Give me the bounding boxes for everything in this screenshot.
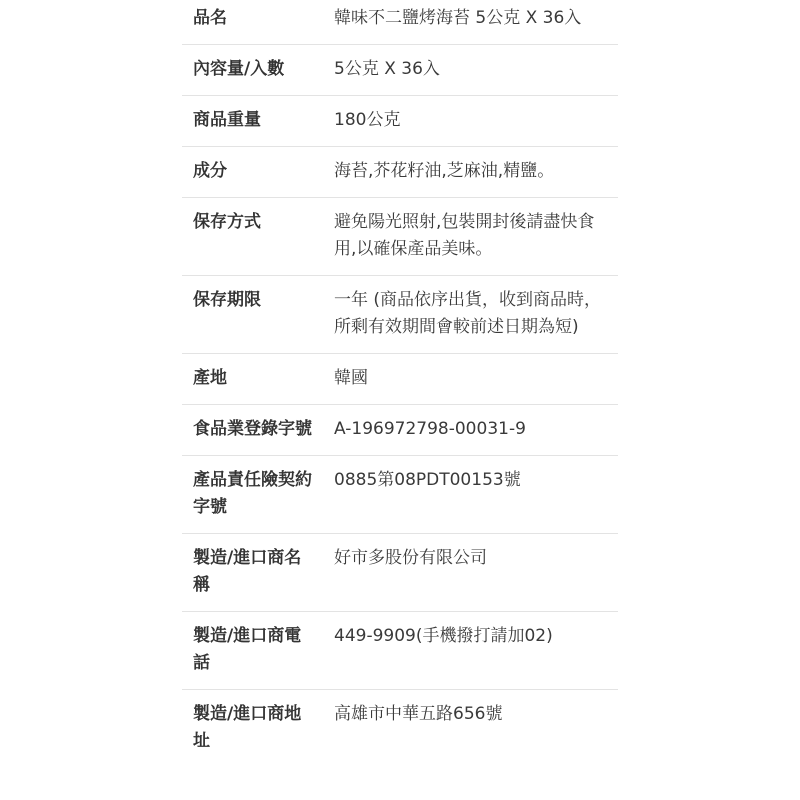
spec-label: 內容量/入數 xyxy=(182,56,334,83)
spec-value: 好市多股份有限公司 xyxy=(334,545,618,599)
spec-value: 避免陽光照射,包裝開封後請盡快食用,以確保產品美味。 xyxy=(334,209,618,263)
spec-value: 韓國 xyxy=(334,365,618,392)
spec-label: 產品責任險契約字號 xyxy=(182,467,334,521)
product-spec-table: 品名 韓味不二鹽烤海苔 5公克 X 36入 內容量/入數 5公克 X 36入 商… xyxy=(182,0,618,767)
spec-value: 5公克 X 36入 xyxy=(334,56,618,83)
spec-value: 449-9909(手機撥打請加02) xyxy=(334,623,618,677)
spec-label: 製造/進口商名稱 xyxy=(182,545,334,599)
spec-value: 一年 (商品依序出貨，收到商品時，所剩有效期間會較前述日期為短) xyxy=(334,287,618,341)
spec-value: A-196972798-00031-9 xyxy=(334,416,618,443)
spec-value: 高雄市中華五路656號 xyxy=(334,701,618,755)
spec-value: 180公克 xyxy=(334,107,618,134)
spec-row-origin: 產地 韓國 xyxy=(182,354,618,405)
spec-row-insurance-number: 產品責任險契約字號 0885第08PDT00153號 xyxy=(182,456,618,534)
spec-label: 商品重量 xyxy=(182,107,334,134)
spec-row-content-quantity: 內容量/入數 5公克 X 36入 xyxy=(182,45,618,96)
spec-label: 保存期限 xyxy=(182,287,334,341)
spec-value: 韓味不二鹽烤海苔 5公克 X 36入 xyxy=(334,5,618,32)
spec-row-manufacturer-address: 製造/進口商地址 高雄市中華五路656號 xyxy=(182,690,618,767)
spec-row-storage-method: 保存方式 避免陽光照射,包裝開封後請盡快食用,以確保產品美味。 xyxy=(182,198,618,276)
spec-label: 產地 xyxy=(182,365,334,392)
spec-label: 品名 xyxy=(182,5,334,32)
spec-label: 成分 xyxy=(182,158,334,185)
spec-value: 0885第08PDT00153號 xyxy=(334,467,618,521)
spec-row-product-name: 品名 韓味不二鹽烤海苔 5公克 X 36入 xyxy=(182,0,618,45)
spec-value: 海苔,芥花籽油,芝麻油,精鹽。 xyxy=(334,158,618,185)
spec-label: 製造/進口商地址 xyxy=(182,701,334,755)
spec-label: 製造/進口商電話 xyxy=(182,623,334,677)
spec-row-manufacturer-name: 製造/進口商名稱 好市多股份有限公司 xyxy=(182,534,618,612)
spec-row-manufacturer-phone: 製造/進口商電話 449-9909(手機撥打請加02) xyxy=(182,612,618,690)
spec-row-ingredients: 成分 海苔,芥花籽油,芝麻油,精鹽。 xyxy=(182,147,618,198)
spec-row-weight: 商品重量 180公克 xyxy=(182,96,618,147)
spec-row-food-registration: 食品業登錄字號 A-196972798-00031-9 xyxy=(182,405,618,456)
spec-label: 保存方式 xyxy=(182,209,334,263)
spec-label: 食品業登錄字號 xyxy=(182,416,334,443)
spec-row-shelf-life: 保存期限 一年 (商品依序出貨，收到商品時，所剩有效期間會較前述日期為短) xyxy=(182,276,618,354)
